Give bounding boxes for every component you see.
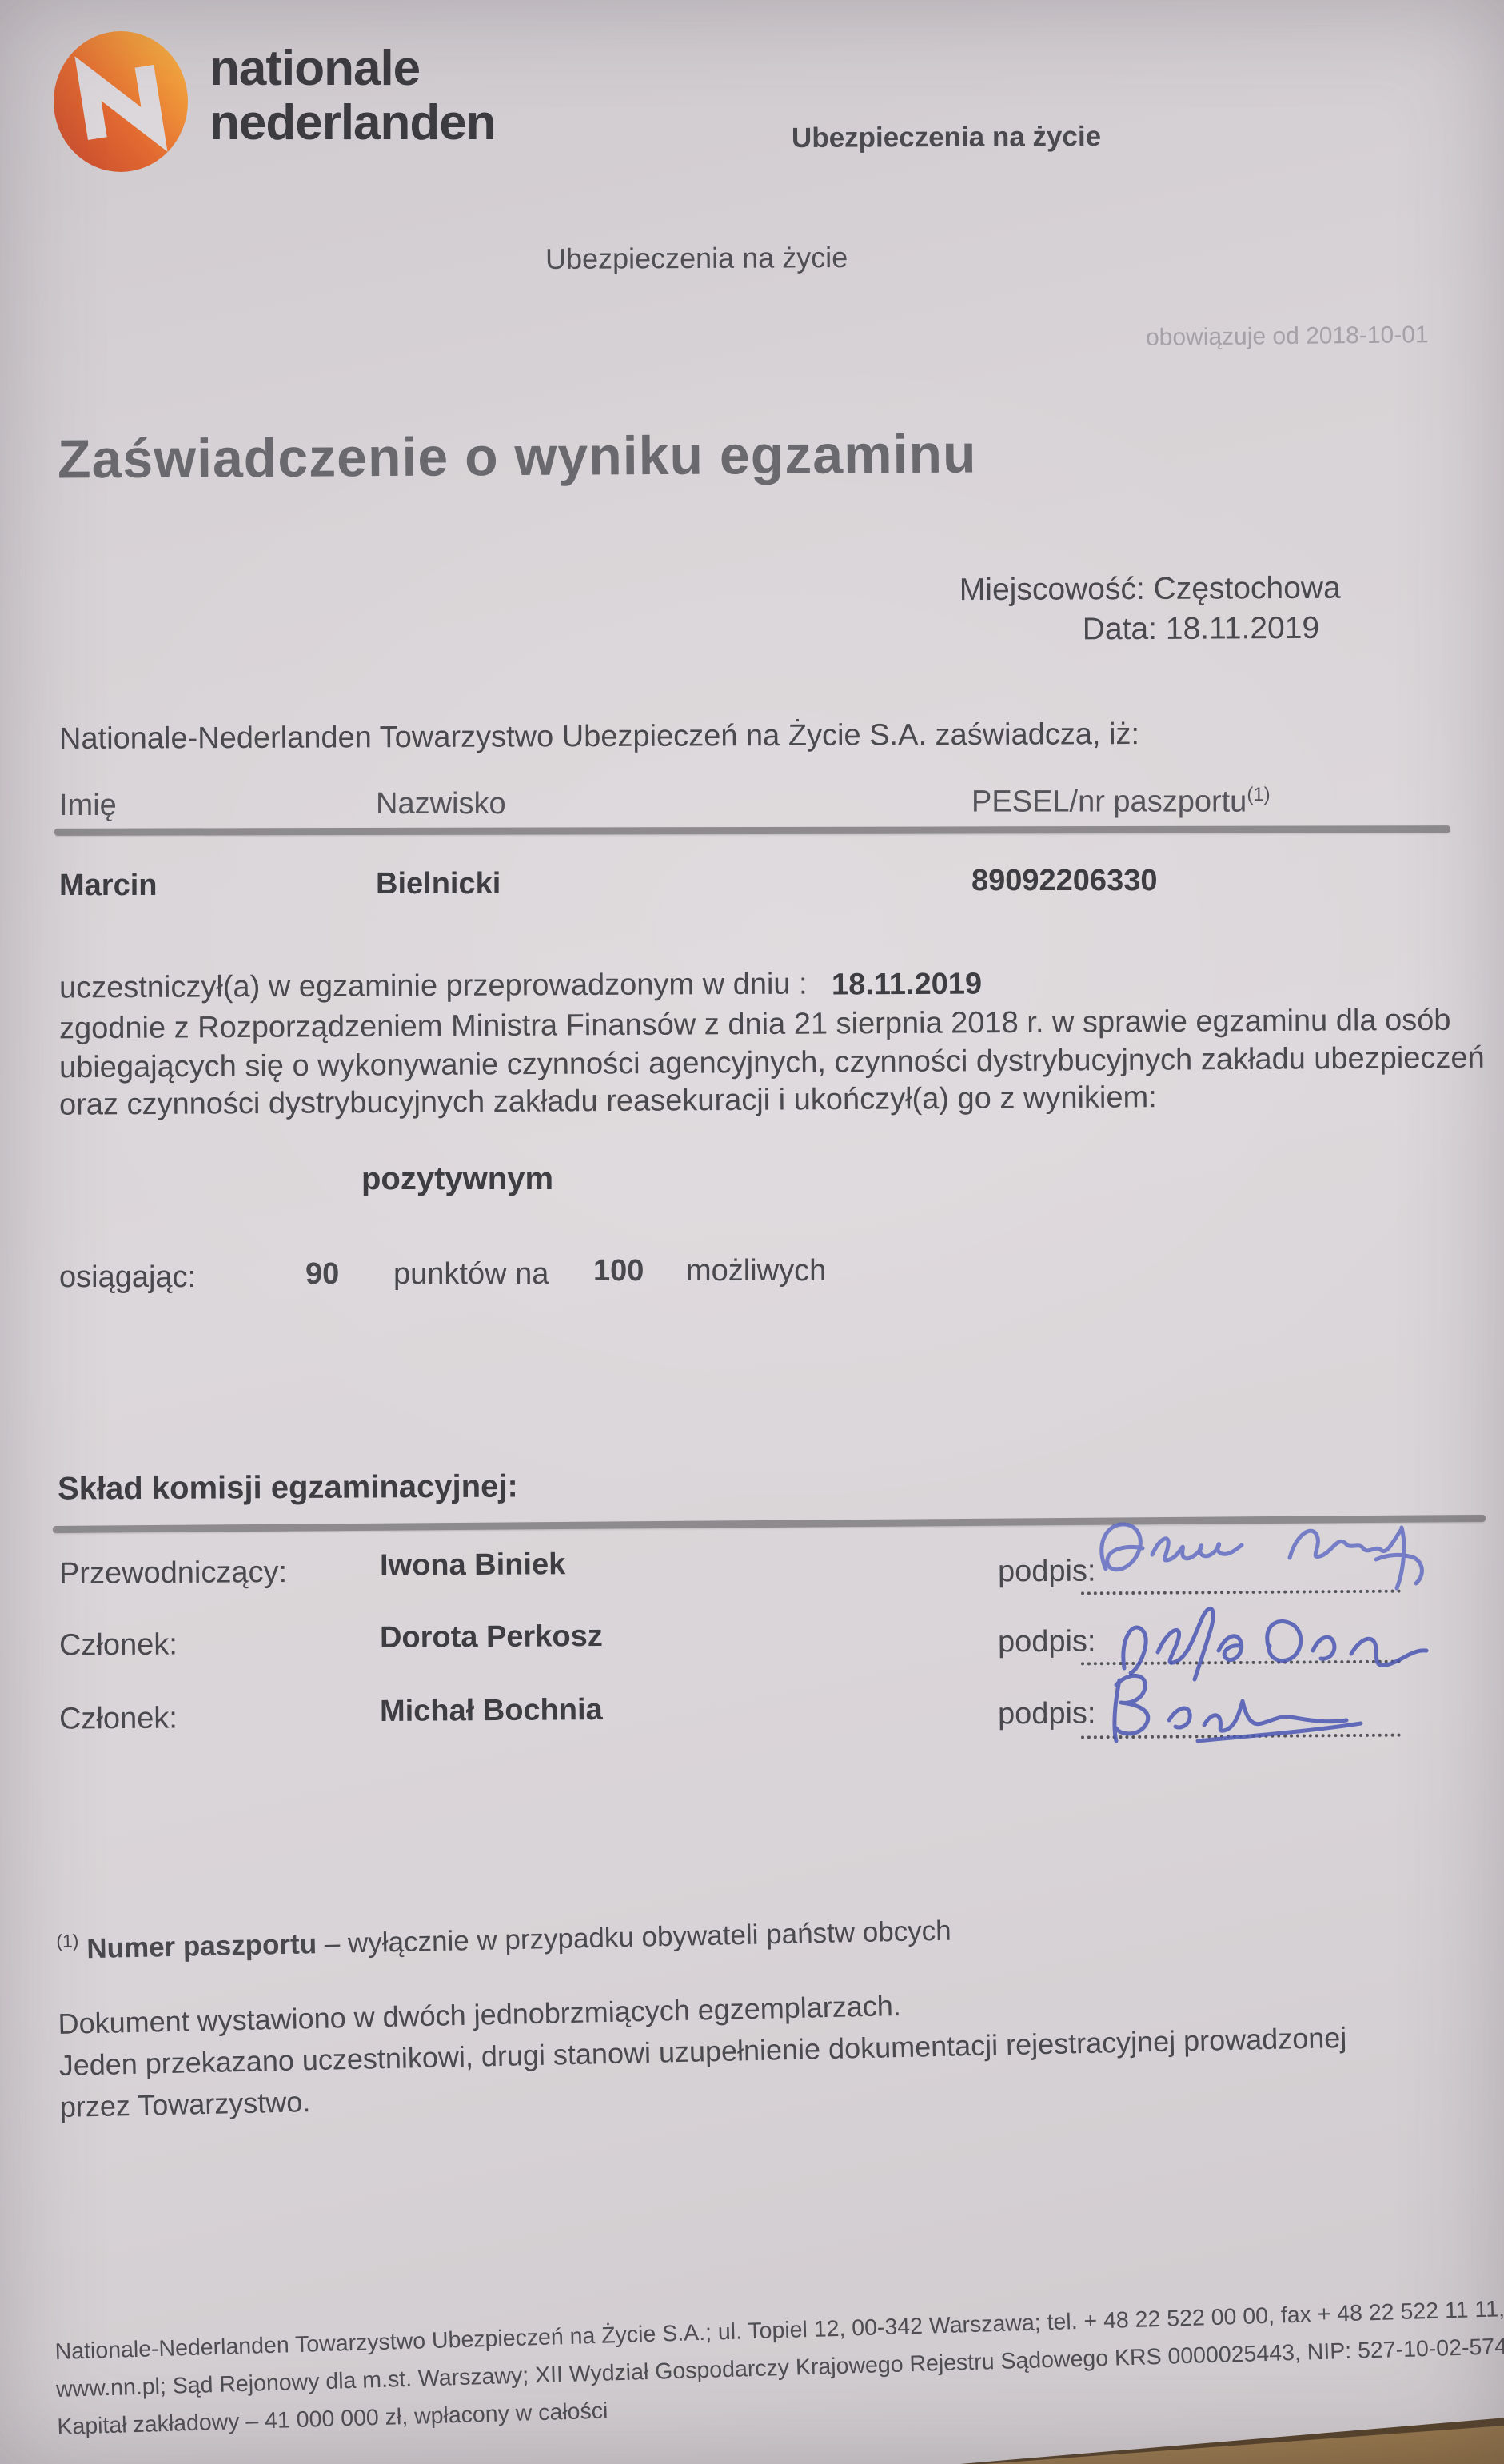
footnote-rest: – wyłącznie w przypadku obywateli państw… [317,1915,951,1960]
footnote-term: Numer paszportu [86,1928,317,1964]
pesel-footnote-marker: (1) [1247,784,1270,805]
table-header-rule [54,825,1450,836]
nn-logo-icon [46,24,192,181]
exam-line-prefix: uczestniczył(a) w egzaminie przeprowadzo… [59,968,808,1006]
commission-role-1: Przewodniczący: [59,1555,287,1591]
passport-footnote: (1) Numer paszportu – wyłącznie w przypa… [56,1912,951,1966]
value-pesel: 89092206330 [971,864,1157,898]
score-label: osiągając: [59,1260,196,1295]
value-first-name: Marcin [59,869,157,903]
exam-body-line3: ubiegających się o wykonywanie czynności… [59,1041,1485,1085]
page-title: Zaświadczenie o wyniku egzaminu [58,422,977,490]
commission-name-2: Dorota Perkosz [380,1619,603,1655]
handwritten-signature-3 [1102,1667,1374,1757]
commission-name-1: Iwona Biniek [380,1547,566,1583]
commission-role-2: Członek: [59,1627,178,1663]
col-header-pesel: PESEL/nr paszportu(1) [971,784,1271,820]
value-last-name: Bielnicki [376,867,501,901]
possible-label: możliwych [686,1254,826,1288]
points-label: punktów na [393,1257,549,1292]
division-header-bold: Ubezpieczenia na życie [792,121,1101,154]
commission-name-3: Michał Bochnia [380,1693,603,1729]
commission-role-3: Członek: [59,1701,178,1736]
brand-line2: nederlanden [209,96,496,150]
place-date-block: Miejscowość: Częstochowa Data: 18.11.201… [959,569,1320,650]
signature-label-2: podpis: [998,1625,1096,1660]
division-header: Ubezpieczenia na życie [545,241,848,276]
nn-logo [46,24,192,185]
footnote-marker: (1) [56,1930,79,1951]
score-value: 90 [305,1257,339,1292]
certificate-page: nationale nederlanden Ubezpieczenia na ż… [0,0,1504,2464]
handwritten-signature-1 [1083,1513,1435,1599]
commission-heading: Skład komisji egzaminacyjnej: [58,1468,518,1507]
col-header-first-name: Imię [59,789,117,823]
certify-statement: Nationale-Nederlanden Towarzystwo Ubezpi… [59,717,1139,757]
signature-label-1: podpis: [998,1555,1096,1590]
exam-body-line4: oraz czynności dystrybucyjnych zakładu r… [59,1080,1157,1123]
date-line: Data: 18.11.2019 [959,609,1319,650]
issuance-note: Dokument wystawiono w dwóch jednobrzmiąc… [58,1975,1348,2128]
exam-date: 18.11.2019 [832,968,982,1003]
place-line: Miejscowość: Częstochowa [959,569,1319,610]
exam-body-line2: zgodnie z Rozporządzeniem Ministra Finan… [59,1004,1451,1047]
brand-wordmark: nationale nederlanden [209,42,496,150]
company-footer: Nationale-Nederlanden Towarzystwo Ubezpi… [54,2290,1504,2446]
effective-date-note: obowiązuje od 2018-10-01 [1146,321,1429,352]
brand-line1: nationale [209,42,496,96]
col-header-pesel-text: PESEL/nr paszportu [971,785,1247,819]
signature-label-3: podpis: [998,1697,1096,1732]
max-score-value: 100 [593,1254,644,1288]
exam-result: pozytywnym [361,1161,553,1197]
col-header-last-name: Nazwisko [376,787,506,821]
